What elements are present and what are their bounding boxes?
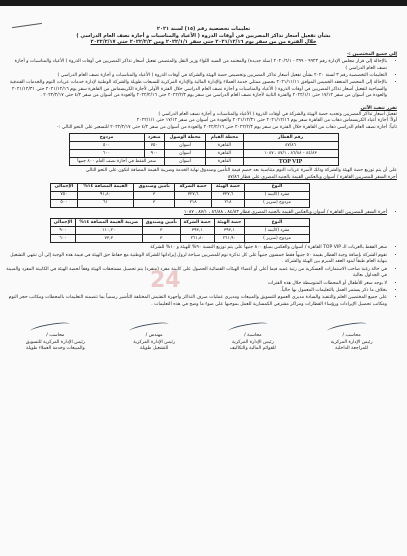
cell: القاهرة [206, 142, 243, 150]
signature-scribble-icon [10, 322, 100, 333]
table-header: محطة القيام [206, 134, 243, 142]
cell: ٣ [133, 192, 174, 200]
cell: ٩٠٠ [144, 150, 164, 158]
cell: ٩١,٨٠ [77, 192, 133, 200]
final-notes-list: سعر الفقط بالعربات الـ TOP VIP القاهرة /… [6, 245, 393, 308]
document-title: تعليمات تخصصية رقم (١٥) لسنة ٢٠٢١ [6, 26, 401, 33]
cell: أسوان [164, 158, 205, 166]
table-header: الإجمالي [51, 184, 78, 192]
table2-title: أجرة السفر للمصريين القاهرة / أسوان وبال… [10, 175, 397, 181]
signature-marketing: محاسب / رئيس الإدارة المركزية للتسويق وا… [10, 322, 100, 352]
table-header: حصة الهيئة [214, 219, 244, 227]
table-row: مزدوج (سرير ) ٢١٨ ٢١٨ ٣ ٦١ ٥٠٠ [51, 200, 310, 208]
to-all-heading: إلى جميع المختصين :- [6, 52, 397, 58]
table-header: محطة الوصول [164, 134, 205, 142]
cell: أسوان [164, 142, 205, 150]
table-header: ضريبة القيمة المضافة ١٤% [75, 219, 142, 227]
cell: القاهرة [206, 158, 243, 166]
note-item: على جميع المختصين العلم والتنفيذ والسادة… [6, 295, 387, 308]
table-header: حصة الشركة [175, 184, 212, 192]
cell: ٣٩٣,١ [180, 227, 214, 235]
signature-scribble-icon [109, 322, 199, 333]
document-period: خلال الفترة من من سفر يوم ٢٠٢١/١٢/١٦ حتى… [6, 39, 401, 46]
fare-table-8786: النوع حصة الهيئة حصة الشركة تأمين وصندوق… [50, 183, 310, 208]
table-row: TOP VIP القاهرة أسوان سعر الفقط في أجازة… [69, 158, 338, 166]
table-header: حصة الهيئة [211, 184, 244, 192]
cell: ٢١٨ [211, 200, 244, 208]
cell: ٦١ [77, 200, 133, 208]
intro-item: بالإحالة إلى قرار مجلس الإدارة رقم ٩٩٢٣ … [6, 59, 387, 72]
table-row: مفرد (كابينه ) ٣٢٧,٦ ٣٢٧,٦ ٣ ٩١,٨٠ ٧٥٠ [51, 192, 310, 200]
signatures-block: محاسب / رئيس الإدارة المركزية للمراجعة ا… [6, 322, 401, 352]
table-header: النوع [245, 219, 310, 227]
intro-list: بالإحالة إلى قرار مجلس الإدارة رقم ٩٩٢٣ … [6, 59, 393, 99]
cell: ٢٦١,٩٠ [214, 235, 244, 243]
table-row: ٨٧/٨٦ القاهرة أسوان ٧٥٠ ٥٠٠ [69, 142, 338, 150]
cell: ٣٩٣,١ [214, 227, 244, 235]
signature-title: والمبيعات وخدمة العملاء طويلة [10, 346, 100, 352]
cell: ٦٠٠ [69, 150, 144, 158]
cell: ٨٤/٨٣ - ٨٦/٨٨ ، ٨٧/١ ، ١٠٨٧ [243, 150, 338, 158]
cell: ١١٠,٢٠ [75, 227, 142, 235]
signature-title: للقوائم المالية والتكاليف [208, 346, 298, 352]
document-subtitle: بشأن تفعيل أسعار تذاكر المصريين في أوقات… [6, 33, 401, 40]
cell: ٨٧/٨٦ [243, 142, 338, 150]
table3-title: أجرة السفر للمصريين القاهرة / أسوان وبال… [6, 210, 387, 216]
cell: ٧٥٠ [51, 192, 78, 200]
decision-text: ثانياً: أجازة نصف العام الدراسي ذهاب من … [10, 125, 397, 131]
cell: مفرد (كابينه ) [245, 227, 310, 235]
intro-item: التعليمات التخصصية رقم ٣ لسنة ٢٠٢٠ بشأن … [6, 73, 387, 79]
note-item: تقوم الشركة بإضافة وجبة الفطار بقيمة ٥٠ … [6, 253, 387, 266]
fare-table-other-trains: النوع حصة الهيئة حصة الشركة تأمين وصندوق… [50, 218, 310, 243]
cell: ٦٠٠ [51, 235, 76, 243]
cell: ٢١٨ [175, 200, 212, 208]
cell: ٥٠٠ [51, 200, 78, 208]
cell: ٥٠٠ [69, 142, 144, 150]
cell: أسوان [164, 150, 205, 158]
table-row: مزدوج (سرير ) ٢٦١,٩٠ ٢٦١,٨٠ ٣ ٧٣,٣ ٦٠٠ [51, 235, 310, 243]
table-header: تأمين وصندوق [142, 219, 180, 227]
signature-title: للتشغيل طويلة [109, 346, 199, 352]
cell: ٣ [142, 227, 180, 235]
cell: مفرد (كابينه ) [245, 192, 310, 200]
signature-scribble-icon [208, 322, 298, 333]
signature-scribble-icon [307, 322, 397, 333]
note-item: لا يوجد سعر للأطفال أو المحطات المتوسطة … [6, 281, 387, 287]
signature-title: للمراجعة الداخلية [307, 346, 397, 352]
table-header: النوع [245, 184, 310, 192]
cell: TOP VIP [243, 158, 338, 166]
table-header: الإجمالي [51, 219, 76, 227]
note-item: في حالة رغبة صاحب الاستمارات العسكرية من… [6, 267, 387, 280]
signature-internal-audit: محاسب / رئيس الإدارة المركزية للمراجعة ا… [307, 322, 397, 352]
cell: ٣٢٧,٦ [211, 192, 244, 200]
cell: سعر الفقط في أجازة نصف العام ٨٠٠ جنيهاً [69, 158, 164, 166]
document-page: تعليمات تخصصية رقم (١٥) لسنة ٢٠٢١ بشأن ت… [6, 8, 401, 352]
note-item: بخلاف ما ذكر يستمر العمل بالتعليمات المع… [6, 288, 387, 294]
cell: ٢٦١,٨٠ [180, 235, 214, 243]
cell: مزدوج (سرير ) [245, 200, 310, 208]
scan-top-edge [0, 0, 407, 6]
table-row: ٨٤/٨٣ - ٨٦/٨٨ ، ٨٧/١ ، ١٠٨٧ القاهرة أسوا… [69, 150, 338, 158]
table-header: القيمة المضافة ١٤% [77, 184, 133, 192]
cell: ٧٣,٣ [75, 235, 142, 243]
table-header: حصة الشركة [180, 219, 214, 227]
cell: ٣ [133, 200, 174, 208]
signature-operations: مهندس / رئيس الإدارة المركزية للتشغيل طو… [109, 322, 199, 352]
cell: ٣ [142, 235, 180, 243]
cell: القاهرة [206, 150, 243, 158]
table-header: مزدوج [69, 134, 144, 142]
table-header: منفرد [144, 134, 164, 142]
price-table: رقم القطار محطة القيام محطة الوصول منفرد… [69, 133, 339, 166]
table3-heading-list: أجرة السفر للمصريين القاهرة / أسوان وبال… [6, 210, 393, 216]
table-row: مفرد (كابينه ) ٣٩٣,١ ٣٩٣,١ ٣ ١١٠,٢٠ ٩٠٠ [51, 227, 310, 235]
cell: ٩٠٠ [51, 227, 76, 235]
note-item: سعر الفقط بالعربات الـ TOP VIP القاهرة /… [6, 245, 387, 251]
cell: ٧٥٠ [144, 142, 164, 150]
cell: ٣٢٧,٦ [175, 192, 212, 200]
intro-item: بالإحالة إلى المحضر المنعقد الخميس الموا… [6, 80, 387, 99]
table-header: تأمين وصندوق [133, 184, 174, 192]
document-header: تعليمات تخصصية رقم (١٥) لسنة ٢٠٢١ بشأن ت… [6, 26, 401, 46]
cell: مزدوج (سرير ) [245, 235, 310, 243]
table-header: رقم القطار [243, 134, 338, 142]
signature-financial: محاسبة / رئيس الإدارة المركزية للقوائم ا… [208, 322, 298, 352]
